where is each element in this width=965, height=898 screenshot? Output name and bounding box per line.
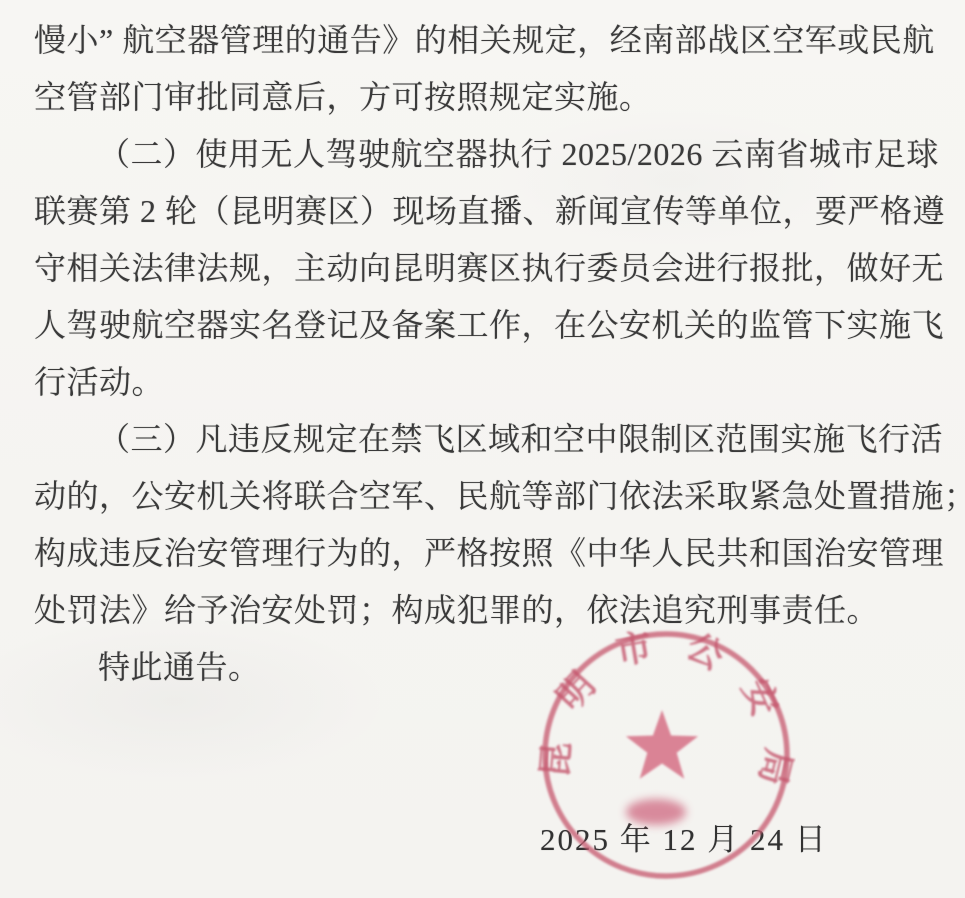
star-icon [626,710,698,779]
body-line-8: （三）凡违反规定在禁飞区域和空中限制区范围实施飞行活 [34,411,934,468]
body-line-7: 行活动。 [34,354,934,411]
body-line-5: 守相关法律法规，主动向昆明赛区执行委员会进行报批，做好无 [34,240,934,297]
body-line-1: 慢小” 航空器管理的通告》的相关规定，经南部战区空军或民航 [34,12,934,69]
body-line-6: 人驾驶航空器实名登记及备案工作，在公安机关的监管下实施飞 [34,297,934,354]
body-line-4: 联赛第 2 轮（昆明赛区）现场直播、新闻宣传等单位，要严格遵 [34,183,934,240]
body-line-10: 构成违反治安管理行为的，严格按照《中华人民共和国治安管理 [34,525,934,582]
body-line-3: （二）使用无人驾驶航空器执行 2025/2026 云南省城市足球 [34,126,934,183]
body-line-11: 处罚法》给予治安处罚；构成犯罪的，依法追究刑事责任。 [34,582,934,639]
notice-body: 慢小” 航空器管理的通告》的相关规定，经南部战区空军或民航 空管部门审批同意后，… [34,12,934,696]
body-line-12: 特此通告。 [34,639,934,696]
body-line-9: 动的，公安机关将联合空军、民航等部门依法采取紧急处置措施； [34,468,934,525]
issue-date: 2025 年 12 月 24 日 [540,814,828,859]
body-line-2: 空管部门审批同意后，方可按照规定实施。 [34,69,934,126]
